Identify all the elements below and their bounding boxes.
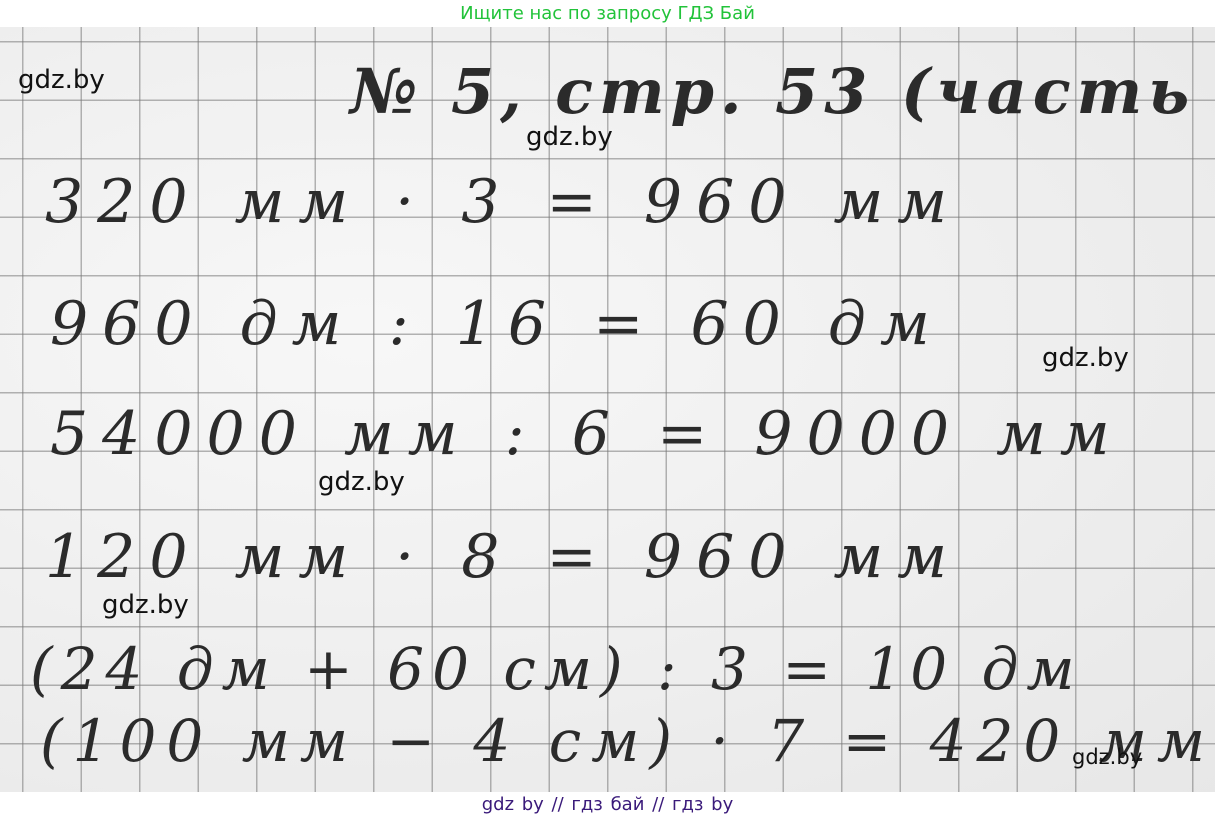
watermark: gdz.by xyxy=(18,65,105,95)
top-banner: Ищите нас по запросу ГДЗ Бай xyxy=(0,0,1215,27)
solution-line: (24 дм + 60 см) : 3 = 10 дм xyxy=(30,635,1083,703)
exercise-title: № 5, стр. 53 (часть 1) xyxy=(350,55,1215,128)
solution-line: (100 мм − 4 см) · 7 = 420 мм xyxy=(40,707,1215,775)
watermark: gdz.by xyxy=(1042,343,1129,373)
watermark: gdz.by xyxy=(102,590,189,620)
solution-line: 120 мм · 8 = 960 мм xyxy=(45,522,961,592)
watermark: gdz.by xyxy=(526,122,613,152)
bottom-banner: gdz by // гдз бай // гдз by xyxy=(0,792,1215,819)
solution-line: 960 дм : 16 = 60 дм xyxy=(50,289,944,359)
solution-line: 320 мм · 3 = 960 мм xyxy=(45,167,961,237)
watermark: gdz.by xyxy=(318,467,405,497)
solution-line: 54000 мм : 6 = 9000 мм xyxy=(50,399,1124,469)
notebook-page: № 5, стр. 53 (часть 1) 320 мм · 3 = 960 … xyxy=(0,27,1215,792)
watermark: gdz.by xyxy=(1072,745,1142,769)
